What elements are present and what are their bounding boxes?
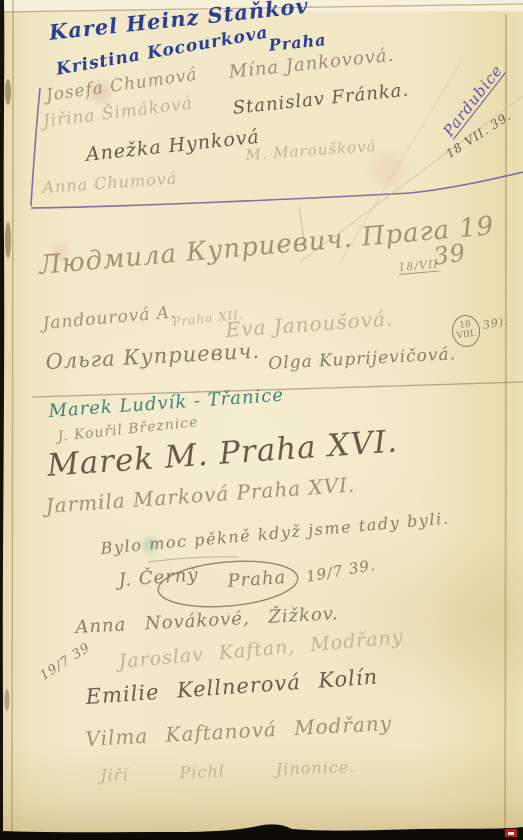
red-edge-mark-icon <box>504 828 518 838</box>
scanned-guestbook-page: { "document": { "kind": "scanned visitor… <box>0 0 523 840</box>
circled-date-text: 18 VIII. <box>452 319 481 342</box>
red-edge-mark-dash <box>508 832 514 835</box>
date-year-39: 39 <box>432 240 468 269</box>
signature-praha-circled: Praha <box>227 569 287 592</box>
